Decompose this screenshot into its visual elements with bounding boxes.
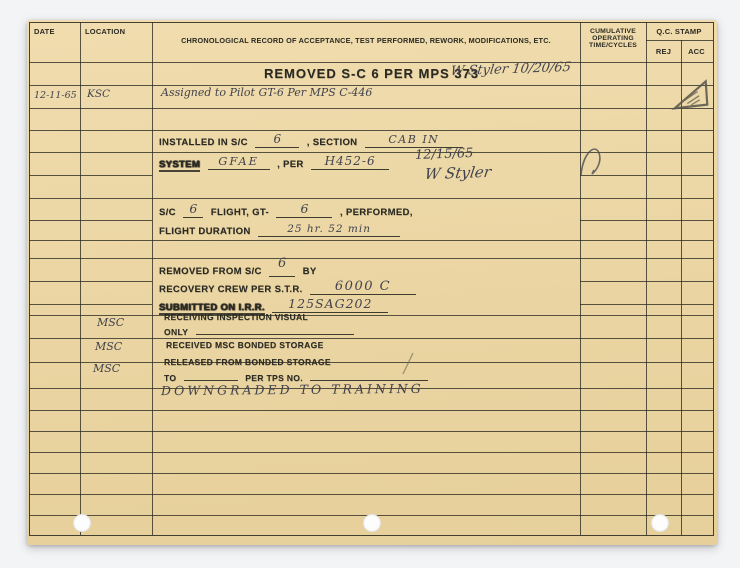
grid-line: [29, 431, 713, 432]
grid-line: [580, 22, 581, 535]
grid-line: [646, 22, 647, 535]
grid-line: [29, 315, 713, 316]
receiving-line2: ONLY: [164, 322, 357, 340]
installed-line2: SYSTEM GFAE , PER H452-6: [159, 154, 392, 172]
removed-from-label-2: BY: [303, 266, 317, 277]
flight-line2: FLIGHT DURATION 25 hr. 52 min: [159, 221, 403, 239]
col-header-record: CHRONOLOGICAL RECORD OF ACCEPTANCE, TEST…: [152, 36, 580, 45]
released-location: MSC: [93, 362, 120, 375]
grid-line: [29, 281, 152, 282]
installed-label-4: , PER: [277, 159, 304, 170]
grid-line: [29, 198, 713, 199]
assigned-text: Assigned to Pilot GT-6 Per MPS C-446: [161, 86, 372, 99]
installed-date: 12/15/65: [415, 146, 474, 163]
grid-line: [580, 220, 713, 221]
cumulative-pencil-mark: [577, 141, 611, 177]
installed-label-3: SYSTEM: [159, 159, 200, 172]
grid-line: [29, 304, 152, 305]
col-header-location: LOCATION: [85, 27, 125, 36]
grid-line: [152, 22, 153, 535]
grid-line: [29, 220, 152, 221]
grid-line: [29, 130, 713, 131]
flight-label-2: FLIGHT, GT-: [211, 207, 269, 218]
grid-line: [29, 494, 713, 495]
grid-line: [29, 362, 713, 363]
punch-hole-right: [651, 514, 669, 532]
installed-label-2: , SECTION: [307, 137, 358, 148]
flight-label-3: , PERFORMED,: [340, 207, 413, 218]
cumulative-line3: TIME/CYCLES: [580, 42, 646, 49]
fill-flight-duration: 25 hr. 52 min: [258, 225, 400, 237]
grid-line: [29, 258, 713, 259]
grid-line: [29, 108, 713, 109]
fill-receiving-only: [196, 323, 354, 335]
fill-recovery-str: 6000 C: [310, 283, 416, 295]
grid-line: [80, 22, 81, 535]
grid-line: [29, 410, 713, 411]
removed-mps-text: REMOVED S-C 6 PER MPS 373: [264, 66, 479, 81]
entry-removed-mps-stamp: REMOVED S-C 6 PER MPS 373: [264, 65, 479, 83]
bonded-line1: RECEIVED MSC BONDED STORAGE: [166, 340, 324, 350]
removed-from-line2: RECOVERY CREW PER S.T.R. 6000 C: [159, 279, 419, 297]
downgraded-note: DOWNGRADED TO TRAINING: [161, 381, 424, 398]
col-header-cumulative: CUMULATIVE OPERATING TIME/CYCLES: [580, 28, 646, 49]
photo-backdrop: DATE LOCATION CHRONOLOGICAL RECORD OF AC…: [0, 0, 740, 568]
released-to-label: TO: [164, 373, 176, 383]
released-pencil-mark: [400, 351, 416, 377]
grid-line: [580, 304, 713, 305]
removed-from-line1: REMOVED FROM S/C 6 BY: [159, 261, 317, 279]
grid-line: [29, 240, 713, 241]
punch-hole-center: [363, 514, 381, 532]
col-header-acc: ACC: [681, 47, 712, 56]
assigned-location: KSC: [87, 88, 110, 100]
punch-hole-left: [73, 514, 91, 532]
cumulative-line1: CUMULATIVE: [580, 28, 646, 35]
released-line1: RELEASED FROM BONDED STORAGE: [164, 357, 331, 367]
grid-line: [29, 175, 152, 176]
col-header-rej: REJ: [646, 47, 681, 56]
fill-installed-system: GFAE: [208, 158, 270, 170]
qc-acceptance-stamp-icon: [671, 77, 713, 117]
flight-duration-label: FLIGHT DURATION: [159, 226, 251, 237]
record-card: DATE LOCATION CHRONOLOGICAL RECORD OF AC…: [27, 20, 717, 545]
receiving-only-label: ONLY: [164, 327, 188, 337]
flight-label-1: S/C: [159, 207, 176, 218]
grid-line: [29, 62, 713, 63]
removed-from-label-1: REMOVED FROM S/C: [159, 266, 262, 277]
flight-line1: S/C 6 FLIGHT, GT- 6 , PERFORMED,: [159, 202, 413, 220]
grid-line: [646, 40, 713, 41]
receiving-line1: RECEIVING INSPECTION VISUAL: [164, 312, 308, 322]
installed-label-1: INSTALLED IN S/C: [159, 137, 248, 148]
recovery-crew-label: RECOVERY CREW PER S.T.R.: [159, 284, 303, 295]
bonded-location: MSC: [95, 340, 122, 353]
grid-line: [580, 281, 713, 282]
fill-flight-sc: 6: [183, 206, 203, 218]
grid-line: [29, 473, 713, 474]
fill-installed-sc: 6: [255, 136, 299, 148]
receiving-location: MSC: [97, 316, 124, 329]
fill-removed-sc: 6: [269, 265, 295, 277]
fill-released-to: [184, 369, 238, 381]
fill-installed-per: H452-6: [311, 158, 389, 170]
col-header-qc-stamp: Q.C. STAMP: [646, 27, 712, 36]
fill-flight-gt: 6: [276, 206, 332, 218]
grid-line: [29, 452, 713, 453]
installed-signature: W Styler: [424, 163, 493, 183]
col-header-date: DATE: [34, 27, 55, 36]
grid-line: [29, 338, 713, 339]
cumulative-line2: OPERATING: [580, 35, 646, 42]
assigned-date: 12-11-65: [34, 90, 77, 101]
